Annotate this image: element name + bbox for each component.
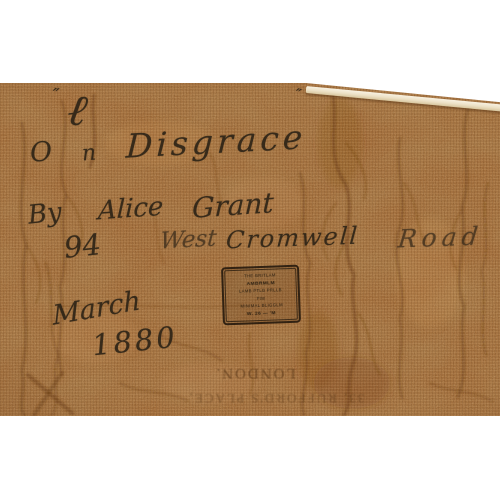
- printed-city-line: LONDON.: [205, 365, 305, 380]
- handwritten-date-year: 1880: [91, 323, 179, 361]
- stamp-line: MINIMAL BLIGGLM: [240, 303, 283, 309]
- handwritten-address-number: 94: [63, 230, 103, 263]
- screenshot-root: { "photo": { "handwriting": { "open_quot…: [0, 0, 500, 500]
- handwritten-address-street-word3: Road: [397, 223, 484, 251]
- stamp-line: AMBRMLM: [246, 280, 274, 286]
- stamp-line: W. 26 — 'M: [247, 311, 276, 317]
- handwritten-byline-by: By: [27, 199, 63, 228]
- manuscript-cover-photo: ″ ℓ O n Disgrace ″ By Alice Grant 94 Wes…: [0, 83, 500, 416]
- handwritten-address-street-word2: Cromwell: [225, 224, 360, 253]
- library-stamp-inner-border: THE BRITLAM AMBRMLM LAMB PTLB PRLLB FIM …: [224, 268, 298, 322]
- library-stamp: THE BRITLAM AMBRMLM LAMB PTLB PRLLB FIM …: [221, 265, 301, 326]
- handwritten-title-o: O: [29, 138, 53, 166]
- stamp-line: THE BRITLAM: [244, 273, 276, 279]
- stamp-line: LAMB PTLB PRLLB: [239, 288, 282, 294]
- printed-address-line: 33, RUFFORD'S PLACE,: [146, 392, 406, 405]
- handwritten-title-n: n: [81, 143, 97, 166]
- stamp-line: FIM: [257, 296, 265, 301]
- handwritten-author-first-name: Alice: [98, 194, 164, 225]
- handwritten-author-last-name: Grant: [192, 189, 275, 223]
- handwritten-address-street-word1: West: [159, 227, 217, 253]
- handwritten-title: Disgrace: [125, 120, 307, 163]
